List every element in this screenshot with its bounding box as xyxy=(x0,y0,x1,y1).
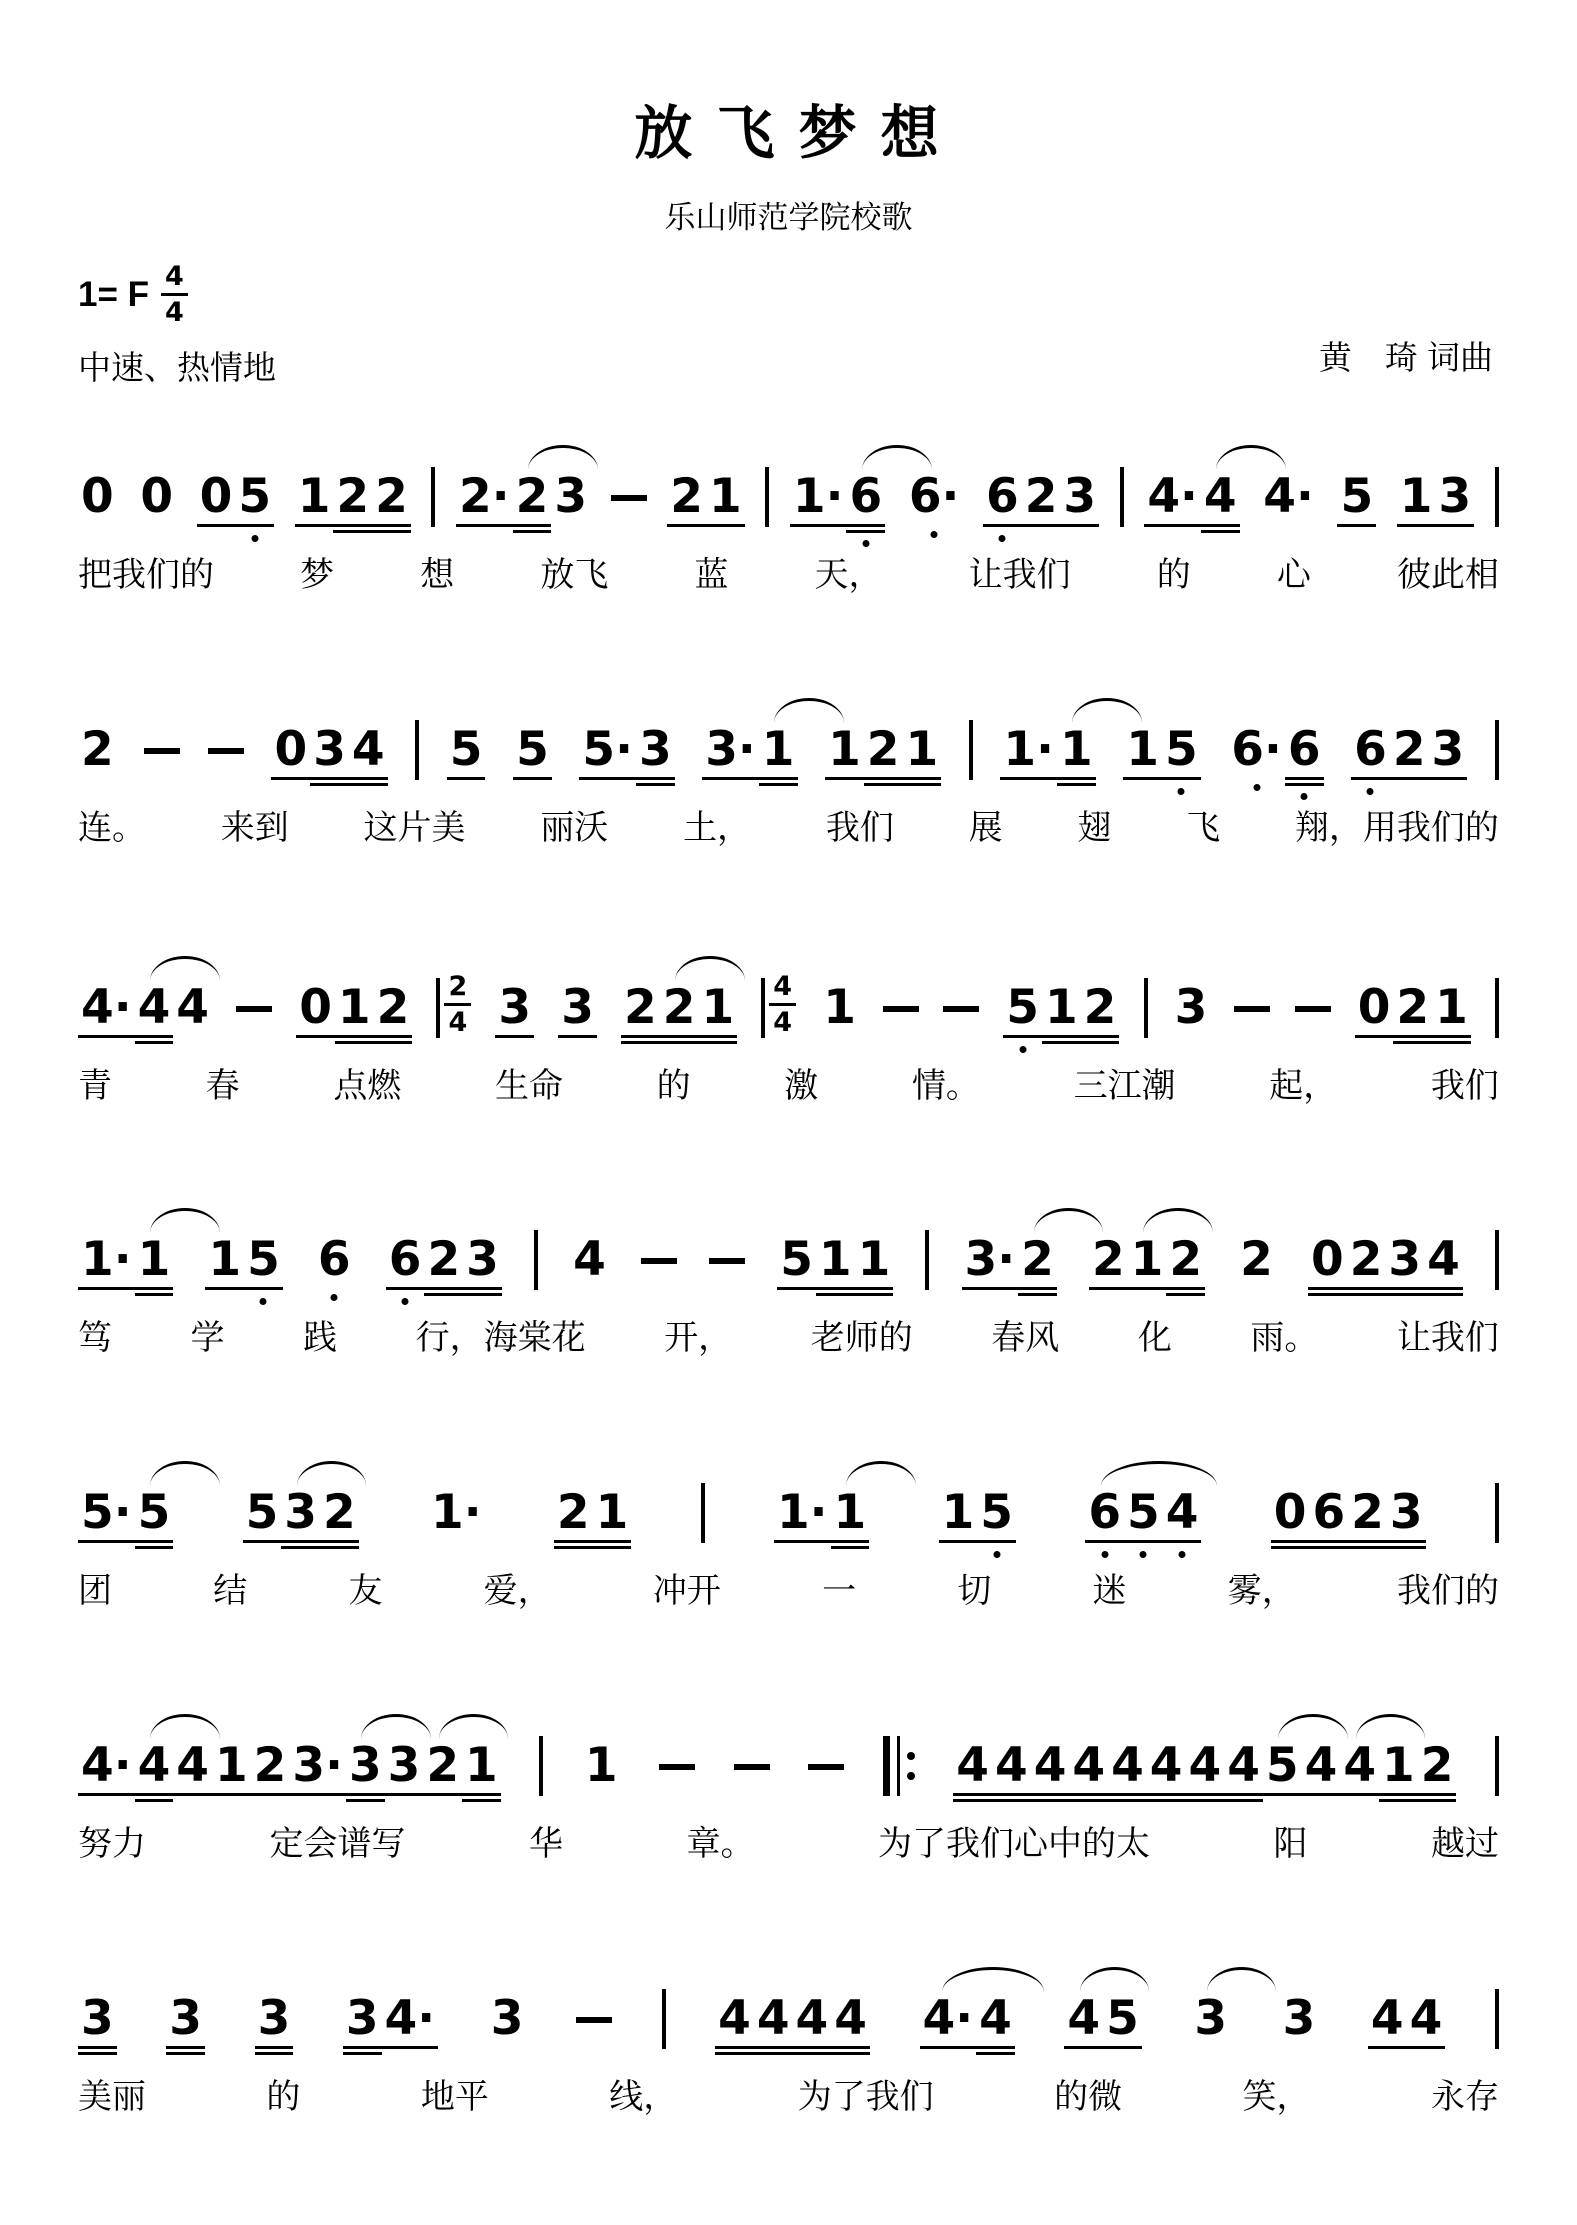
note-group xyxy=(1495,978,1499,1038)
notes-row: 00051222·23211·66·6234·44·513 xyxy=(78,431,1499,527)
note: 6 xyxy=(315,1236,354,1290)
slur-arc xyxy=(1080,1967,1150,1992)
note: 4· xyxy=(78,984,135,1038)
lyric-segment: 化 xyxy=(1138,1318,1172,1359)
note-group: 44 xyxy=(1368,1995,1445,2049)
note-group: 5 xyxy=(447,726,486,780)
repeat-barline xyxy=(883,1736,915,1796)
note-group xyxy=(925,1230,929,1290)
barline xyxy=(534,1230,538,1290)
note: 3 xyxy=(1280,1995,1319,2049)
slur-arc xyxy=(150,1714,220,1739)
note: 4· xyxy=(78,1742,135,1796)
note-group xyxy=(611,495,647,527)
note-group: 0623 xyxy=(1271,1489,1426,1543)
note: 3 xyxy=(385,1742,424,1796)
note: 4 xyxy=(1163,1489,1202,1543)
duration-dash xyxy=(611,495,647,501)
note: 4 xyxy=(1186,1742,1225,1796)
octave-dot xyxy=(1253,784,1260,791)
key-prefix: 1= F xyxy=(78,275,149,315)
score-meta: 1= F 4 4 中速、热情地 黄 琦 词曲 xyxy=(78,263,1499,381)
note-group: 5 xyxy=(1337,473,1376,527)
duration-dash xyxy=(236,1006,272,1012)
note: 5 xyxy=(243,1489,282,1543)
time-denominator: 4 xyxy=(448,1006,467,1036)
note: 4 xyxy=(1069,1742,1108,1796)
note: 4 xyxy=(1340,1742,1379,1796)
note: 1 xyxy=(698,984,737,1038)
note: 3 xyxy=(558,984,597,1038)
note: 6 xyxy=(1351,726,1390,780)
note: 5 xyxy=(1103,1995,1142,2049)
repeat-thick-bar xyxy=(883,1736,890,1796)
note: 2 xyxy=(1347,1236,1386,1290)
octave-dot xyxy=(402,1298,409,1305)
note: 3 xyxy=(1060,473,1099,527)
slur-arc xyxy=(150,1461,220,1486)
note-group xyxy=(808,1764,844,1796)
lyric-segment: 让我们 xyxy=(1397,1318,1499,1359)
note: 5 xyxy=(977,1489,1016,1543)
note-group: 1 xyxy=(582,1742,621,1796)
time-signature: 4 4 xyxy=(161,263,188,326)
note: 3 xyxy=(495,984,534,1038)
slur-arc xyxy=(846,1461,916,1486)
note-group: 3 xyxy=(255,1995,294,2049)
barline xyxy=(1144,978,1148,1038)
note: 0 xyxy=(1355,984,1394,1038)
note: 2 xyxy=(1393,984,1432,1038)
note-group xyxy=(765,467,769,527)
note: 5 xyxy=(235,473,274,527)
note-group: 6·6 xyxy=(1228,726,1323,780)
note: 3 xyxy=(346,1742,385,1796)
note-group xyxy=(1120,467,1124,527)
note-group: 4 xyxy=(570,1236,609,1290)
note: 1 xyxy=(1123,726,1162,780)
note: 1 xyxy=(816,1236,855,1290)
note: 4 xyxy=(953,1742,992,1796)
note: 3 xyxy=(1435,473,1474,527)
note: 5 xyxy=(777,1236,816,1290)
lyric-segment: 春风 xyxy=(991,1318,1059,1359)
slur-arc xyxy=(1356,1714,1426,1739)
lyric-segment: 把我们的 xyxy=(78,555,214,596)
note: 3 xyxy=(1429,726,1468,780)
note: 2· xyxy=(456,473,513,527)
note-group: 2 xyxy=(78,726,117,780)
note: 4 xyxy=(976,1995,1015,2049)
time-numerator: 2 xyxy=(444,973,471,1006)
barline xyxy=(765,467,769,527)
note-group xyxy=(1495,1989,1499,2049)
lyric-segment: 情。 xyxy=(912,1066,980,1107)
note-group: 3 xyxy=(488,1995,527,2049)
note-group: 623 xyxy=(386,1236,502,1290)
note: 2 xyxy=(1390,726,1429,780)
music-system: 33334·344444·4453344美丽的地平线，为了我们的微笑，永存 xyxy=(78,1953,1499,2118)
note: 5 xyxy=(1162,726,1201,780)
note: 2 xyxy=(1418,1742,1457,1796)
note: 4 xyxy=(1424,1236,1463,1290)
note: 4· xyxy=(1260,473,1317,527)
note: 4 xyxy=(754,1995,793,2049)
barline xyxy=(1495,1736,1499,1796)
lyric-segment: 我们 xyxy=(1431,1066,1499,1107)
note-group xyxy=(662,1989,666,2049)
note-group: 532 xyxy=(243,1489,359,1543)
note: 3 xyxy=(463,1236,502,1290)
lyric-segment: 蓝 xyxy=(694,555,728,596)
note: 3· xyxy=(289,1742,346,1796)
lyric-segment: 我们的 xyxy=(1397,1571,1499,1612)
lyric-segment: 雾， xyxy=(1228,1571,1296,1612)
note-group xyxy=(969,720,973,780)
note: 1 xyxy=(1042,984,1081,1038)
note: 5 xyxy=(1263,1742,1302,1796)
note-group: 2 xyxy=(1237,1236,1276,1290)
note-group: 13 xyxy=(1397,473,1474,527)
note: 4 xyxy=(1368,1995,1407,2049)
barline xyxy=(1495,1989,1499,2049)
note: 6 xyxy=(846,473,885,527)
note: 3 xyxy=(551,473,590,527)
lyric-segment: 行，海棠花 xyxy=(416,1318,586,1359)
slur-arc xyxy=(942,1967,1044,1992)
note: 1· xyxy=(428,1489,485,1543)
note-group xyxy=(1495,467,1499,527)
lyric-segment: 团 xyxy=(78,1571,112,1612)
note: 3 xyxy=(310,726,349,780)
note-group: 4·4 xyxy=(920,1995,1015,2049)
note-group: 0 xyxy=(78,473,117,527)
song-title: 放 飞 梦 想 xyxy=(78,86,1499,170)
barline xyxy=(431,467,435,527)
note: 4 xyxy=(1064,1995,1103,2049)
slur-arc xyxy=(150,956,220,981)
lyric-segment: 的微 xyxy=(1054,2077,1122,2118)
note: 5 xyxy=(1337,473,1376,527)
note: 4 xyxy=(1407,1995,1446,2049)
note: 3 xyxy=(343,1995,382,2049)
duration-dash xyxy=(1234,1006,1270,1012)
lyric-segment: 切 xyxy=(957,1571,991,1612)
lyric-segment: 放飞 xyxy=(540,555,608,596)
music-system: 4·4401224332214415123021青春点燃生命的激情。三江潮起，我… xyxy=(78,937,1499,1107)
repeat-dot xyxy=(907,1772,915,1780)
note-group: 122 xyxy=(295,473,411,527)
duration-dash xyxy=(808,1764,844,1770)
note-group: 3 xyxy=(1280,1995,1319,2049)
lyric-segment: 激 xyxy=(784,1066,818,1107)
octave-dot xyxy=(1019,1046,1026,1053)
note-group: 212 xyxy=(1089,1236,1205,1290)
note: 5· xyxy=(579,726,636,780)
lyric-segment: 努力 xyxy=(78,1824,146,1865)
lyric-segment: 梦 xyxy=(300,555,334,596)
lyrics-row: 笃学践行，海棠花开，老师的春风化雨。让我们 xyxy=(78,1318,1499,1359)
note: 1 xyxy=(706,473,745,527)
note: 3 xyxy=(255,1995,294,2049)
lyric-segment: 让我们 xyxy=(969,555,1071,596)
octave-dot xyxy=(1178,788,1185,795)
lyric-segment: 的 xyxy=(266,2077,300,2118)
note: 2 xyxy=(372,473,411,527)
duration-dash xyxy=(943,1006,979,1012)
barline xyxy=(415,720,419,780)
lyric-segment: 一 xyxy=(822,1571,856,1612)
music-system: 5·55321·211·1156540623团结友爱，冲开一切迷雾，我们的 xyxy=(78,1447,1499,1612)
note-group: 15 xyxy=(205,1236,282,1290)
lyric-segment: 冲开 xyxy=(653,1571,721,1612)
note: 4 xyxy=(1031,1742,1070,1796)
note: 5· xyxy=(78,1489,135,1543)
note-group: 4· xyxy=(1260,473,1317,527)
note: 3· xyxy=(962,1236,1019,1290)
note: 6· xyxy=(1228,726,1285,780)
lyric-segment: 笑， xyxy=(1243,2077,1311,2118)
lyric-segment: 越过 xyxy=(1431,1824,1499,1865)
slur-arc xyxy=(528,445,598,470)
slur-arc xyxy=(1101,1461,1217,1486)
note: 1 xyxy=(825,726,864,780)
slur-arc xyxy=(1143,1208,1213,1233)
slur-arc xyxy=(675,956,745,981)
note-group: 3 xyxy=(495,984,534,1038)
lyric-segment: 彼此相 xyxy=(1397,555,1499,596)
lyrics-row: 美丽的地平线，为了我们的微笑，永存 xyxy=(78,2077,1499,2118)
time-signature: 24 xyxy=(444,973,471,1036)
lyric-segment: 华 xyxy=(529,1824,563,1865)
music-system: 2034555·33·11211·1156·6623连。来到这片美丽沃土，我们展… xyxy=(78,684,1499,849)
time-denominator: 4 xyxy=(165,296,184,326)
lyric-segment: 永存 xyxy=(1431,2077,1499,2118)
note: 0 xyxy=(1271,1489,1310,1543)
note: 1· xyxy=(78,1236,135,1290)
note: 0 xyxy=(296,984,335,1038)
note-group: 1·1 xyxy=(1000,726,1095,780)
octave-dot xyxy=(993,1551,1000,1558)
note-group xyxy=(1144,978,1148,1038)
music-system: 00051222·23211·66·6234·44·513把我们的梦想放飞蓝天，… xyxy=(78,431,1499,596)
note-group: 3 xyxy=(558,984,597,1038)
note: 4· xyxy=(382,1995,439,2049)
barline xyxy=(539,1736,543,1796)
note: 1 xyxy=(335,984,374,1038)
note: 3 xyxy=(1191,1995,1230,2049)
note: 4 xyxy=(992,1742,1031,1796)
lyric-segment: 翔，用我们的 xyxy=(1295,808,1499,849)
note-group: 5 xyxy=(513,726,552,780)
duration-dash xyxy=(144,748,180,754)
sheet-music-page: 放 飞 梦 想 乐山师范学院校歌 1= F 4 4 中速、热情地 黄 琦 词曲 … xyxy=(0,0,1577,2118)
note-group: 1 xyxy=(820,984,859,1038)
lyric-segment: 为了我们心中的太 xyxy=(878,1824,1150,1865)
systems: 00051222·23211·66·6234·44·513把我们的梦想放飞蓝天，… xyxy=(78,431,1499,2118)
barline xyxy=(1495,720,1499,780)
duration-dash xyxy=(709,1258,745,1264)
note: 0 xyxy=(78,473,117,527)
note: 3 xyxy=(1387,1489,1426,1543)
note-group: 15 xyxy=(939,1489,1016,1543)
note: 2 xyxy=(667,473,706,527)
lyric-segment: 章。 xyxy=(687,1824,755,1865)
lyric-segment: 迷 xyxy=(1093,1571,1127,1612)
note-group xyxy=(236,1006,272,1038)
lyrics-row: 把我们的梦想放飞蓝天，让我们的心彼此相 xyxy=(78,555,1499,596)
note-group xyxy=(208,748,244,780)
lyrics-row: 团结友爱，冲开一切迷雾，我们的 xyxy=(78,1571,1499,1612)
duration-dash xyxy=(208,748,244,754)
note-group xyxy=(883,1006,919,1038)
lyric-segment: 想 xyxy=(420,555,454,596)
note: 4 xyxy=(831,1995,870,2049)
lyric-segment: 三江潮 xyxy=(1074,1066,1176,1107)
note: 2 xyxy=(374,984,413,1038)
note: 4 xyxy=(135,1742,174,1796)
note: 4· xyxy=(920,1995,977,2049)
note: 4 xyxy=(1224,1742,1263,1796)
note: 6 xyxy=(983,473,1022,527)
note: 5 xyxy=(1124,1489,1163,1543)
lyric-segment: 阳 xyxy=(1274,1824,1308,1865)
octave-dot xyxy=(251,535,258,542)
note: 4· xyxy=(1144,473,1201,527)
note: 2 xyxy=(554,1489,593,1543)
lyric-segment: 翅 xyxy=(1077,808,1111,849)
barline xyxy=(969,720,973,780)
octave-dot xyxy=(331,1294,338,1301)
lyric-segment: 青 xyxy=(78,1066,112,1107)
octave-dot xyxy=(999,535,1006,542)
time-numerator: 4 xyxy=(161,263,188,296)
note-group xyxy=(1495,1230,1499,1290)
notes-row: 33334·344444·4453344 xyxy=(78,1953,1499,2049)
note: 2 xyxy=(660,984,699,1038)
note: 1 xyxy=(1432,984,1471,1038)
note: 0 xyxy=(271,726,310,780)
slur-arc xyxy=(1278,1714,1348,1739)
notes-row: 4·44123·332114444444454412 xyxy=(78,1700,1499,1796)
lyric-segment: 我们 xyxy=(826,808,894,849)
note: 6 xyxy=(1309,1489,1348,1543)
lyrics-row: 青春点燃生命的激情。三江潮起，我们 xyxy=(78,1066,1499,1107)
note: 1 xyxy=(462,1742,501,1796)
lyric-segment: 展 xyxy=(969,808,1003,849)
note: 2 xyxy=(1166,1236,1205,1290)
note: 2 xyxy=(1089,1236,1128,1290)
note: 1 xyxy=(1128,1236,1167,1290)
note: 0 xyxy=(1308,1236,1347,1290)
note-group: 512 xyxy=(1003,984,1119,1038)
note-group: 45 xyxy=(1064,1995,1141,2049)
barline xyxy=(701,1483,705,1543)
lyrics-row: 努力定会谱写华章。为了我们心中的太阳越过 xyxy=(78,1824,1499,1865)
note-group xyxy=(943,1006,979,1038)
notes-row: 5·55321·211·1156540623 xyxy=(78,1447,1499,1543)
note-group: 1·1 xyxy=(774,1489,869,1543)
note-group: 21 xyxy=(554,1489,631,1543)
song-subtitle: 乐山师范学院校歌 xyxy=(78,192,1499,237)
slur-arc xyxy=(1216,445,1286,470)
note: 1 xyxy=(205,1236,244,1290)
note-group: 034 xyxy=(271,726,387,780)
note: 4 xyxy=(173,1742,212,1796)
note: 1 xyxy=(1379,1742,1418,1796)
note: 2 xyxy=(621,984,660,1038)
music-system: 1·115662345113·221220234笃学践行，海棠花开，老师的春风化… xyxy=(78,1194,1499,1359)
lyric-segment: 丽沃 xyxy=(540,808,608,849)
note-group xyxy=(539,1736,543,1796)
music-system: 4·44123·332114444444454412努力定会谱写华章。为了我们心… xyxy=(78,1700,1499,1865)
note-group: 5·5 xyxy=(78,1489,173,1543)
note-group: 012 xyxy=(296,984,412,1038)
note-group: 3 xyxy=(1191,1995,1230,2049)
barline xyxy=(1495,978,1499,1038)
note: 6 xyxy=(386,1236,425,1290)
note: 4 xyxy=(715,1995,754,2049)
note: 1 xyxy=(1397,473,1436,527)
notes-row: 1·115662345113·221220234 xyxy=(78,1194,1499,1290)
lyric-segment: 老师的 xyxy=(811,1318,913,1359)
note: 1 xyxy=(855,1236,894,1290)
note: 3 xyxy=(78,1995,117,2049)
lyric-segment: 飞 xyxy=(1186,808,1220,849)
note: 5 xyxy=(135,1489,174,1543)
slur-arc xyxy=(297,1461,367,1486)
note-group xyxy=(709,1258,745,1290)
octave-dot xyxy=(862,540,869,547)
note: 1 xyxy=(939,1489,978,1543)
lyric-segment: 连。 xyxy=(78,808,146,849)
note-group: 5·3 xyxy=(579,726,674,780)
note: 2 xyxy=(1237,1236,1276,1290)
note: 2 xyxy=(1348,1489,1387,1543)
note-group: 1·1 xyxy=(78,1236,173,1290)
octave-dot xyxy=(260,1298,267,1305)
note-group: 34· xyxy=(343,1995,438,2049)
note-group xyxy=(1495,1483,1499,1543)
slur-arc xyxy=(774,698,844,723)
barline xyxy=(662,1989,666,2049)
slur-arc xyxy=(150,1208,220,1233)
note: 6· xyxy=(906,473,963,527)
barline xyxy=(1495,467,1499,527)
note: 2 xyxy=(320,1489,359,1543)
note: 4 xyxy=(570,1236,609,1290)
octave-dot xyxy=(1101,1551,1108,1558)
note-group xyxy=(576,2017,612,2049)
note-group: 6· xyxy=(906,473,963,527)
lyric-segment: 春 xyxy=(206,1066,240,1107)
slur-arc xyxy=(1034,1208,1104,1233)
note: 5 xyxy=(447,726,486,780)
note: 4 xyxy=(135,984,174,1038)
note: 2 xyxy=(424,1236,463,1290)
note: 4 xyxy=(173,984,212,1038)
barline xyxy=(1495,1230,1499,1290)
note-group xyxy=(144,748,180,780)
note-group: 3·1 xyxy=(702,726,797,780)
octave-dot xyxy=(1301,793,1308,800)
note: 4 xyxy=(1302,1742,1341,1796)
note-group xyxy=(1495,1736,1499,1796)
note-group xyxy=(734,1764,770,1796)
note: 3 xyxy=(1172,984,1211,1038)
lyric-segment: 生命 xyxy=(495,1066,563,1107)
note-group: 3 xyxy=(1172,984,1211,1038)
